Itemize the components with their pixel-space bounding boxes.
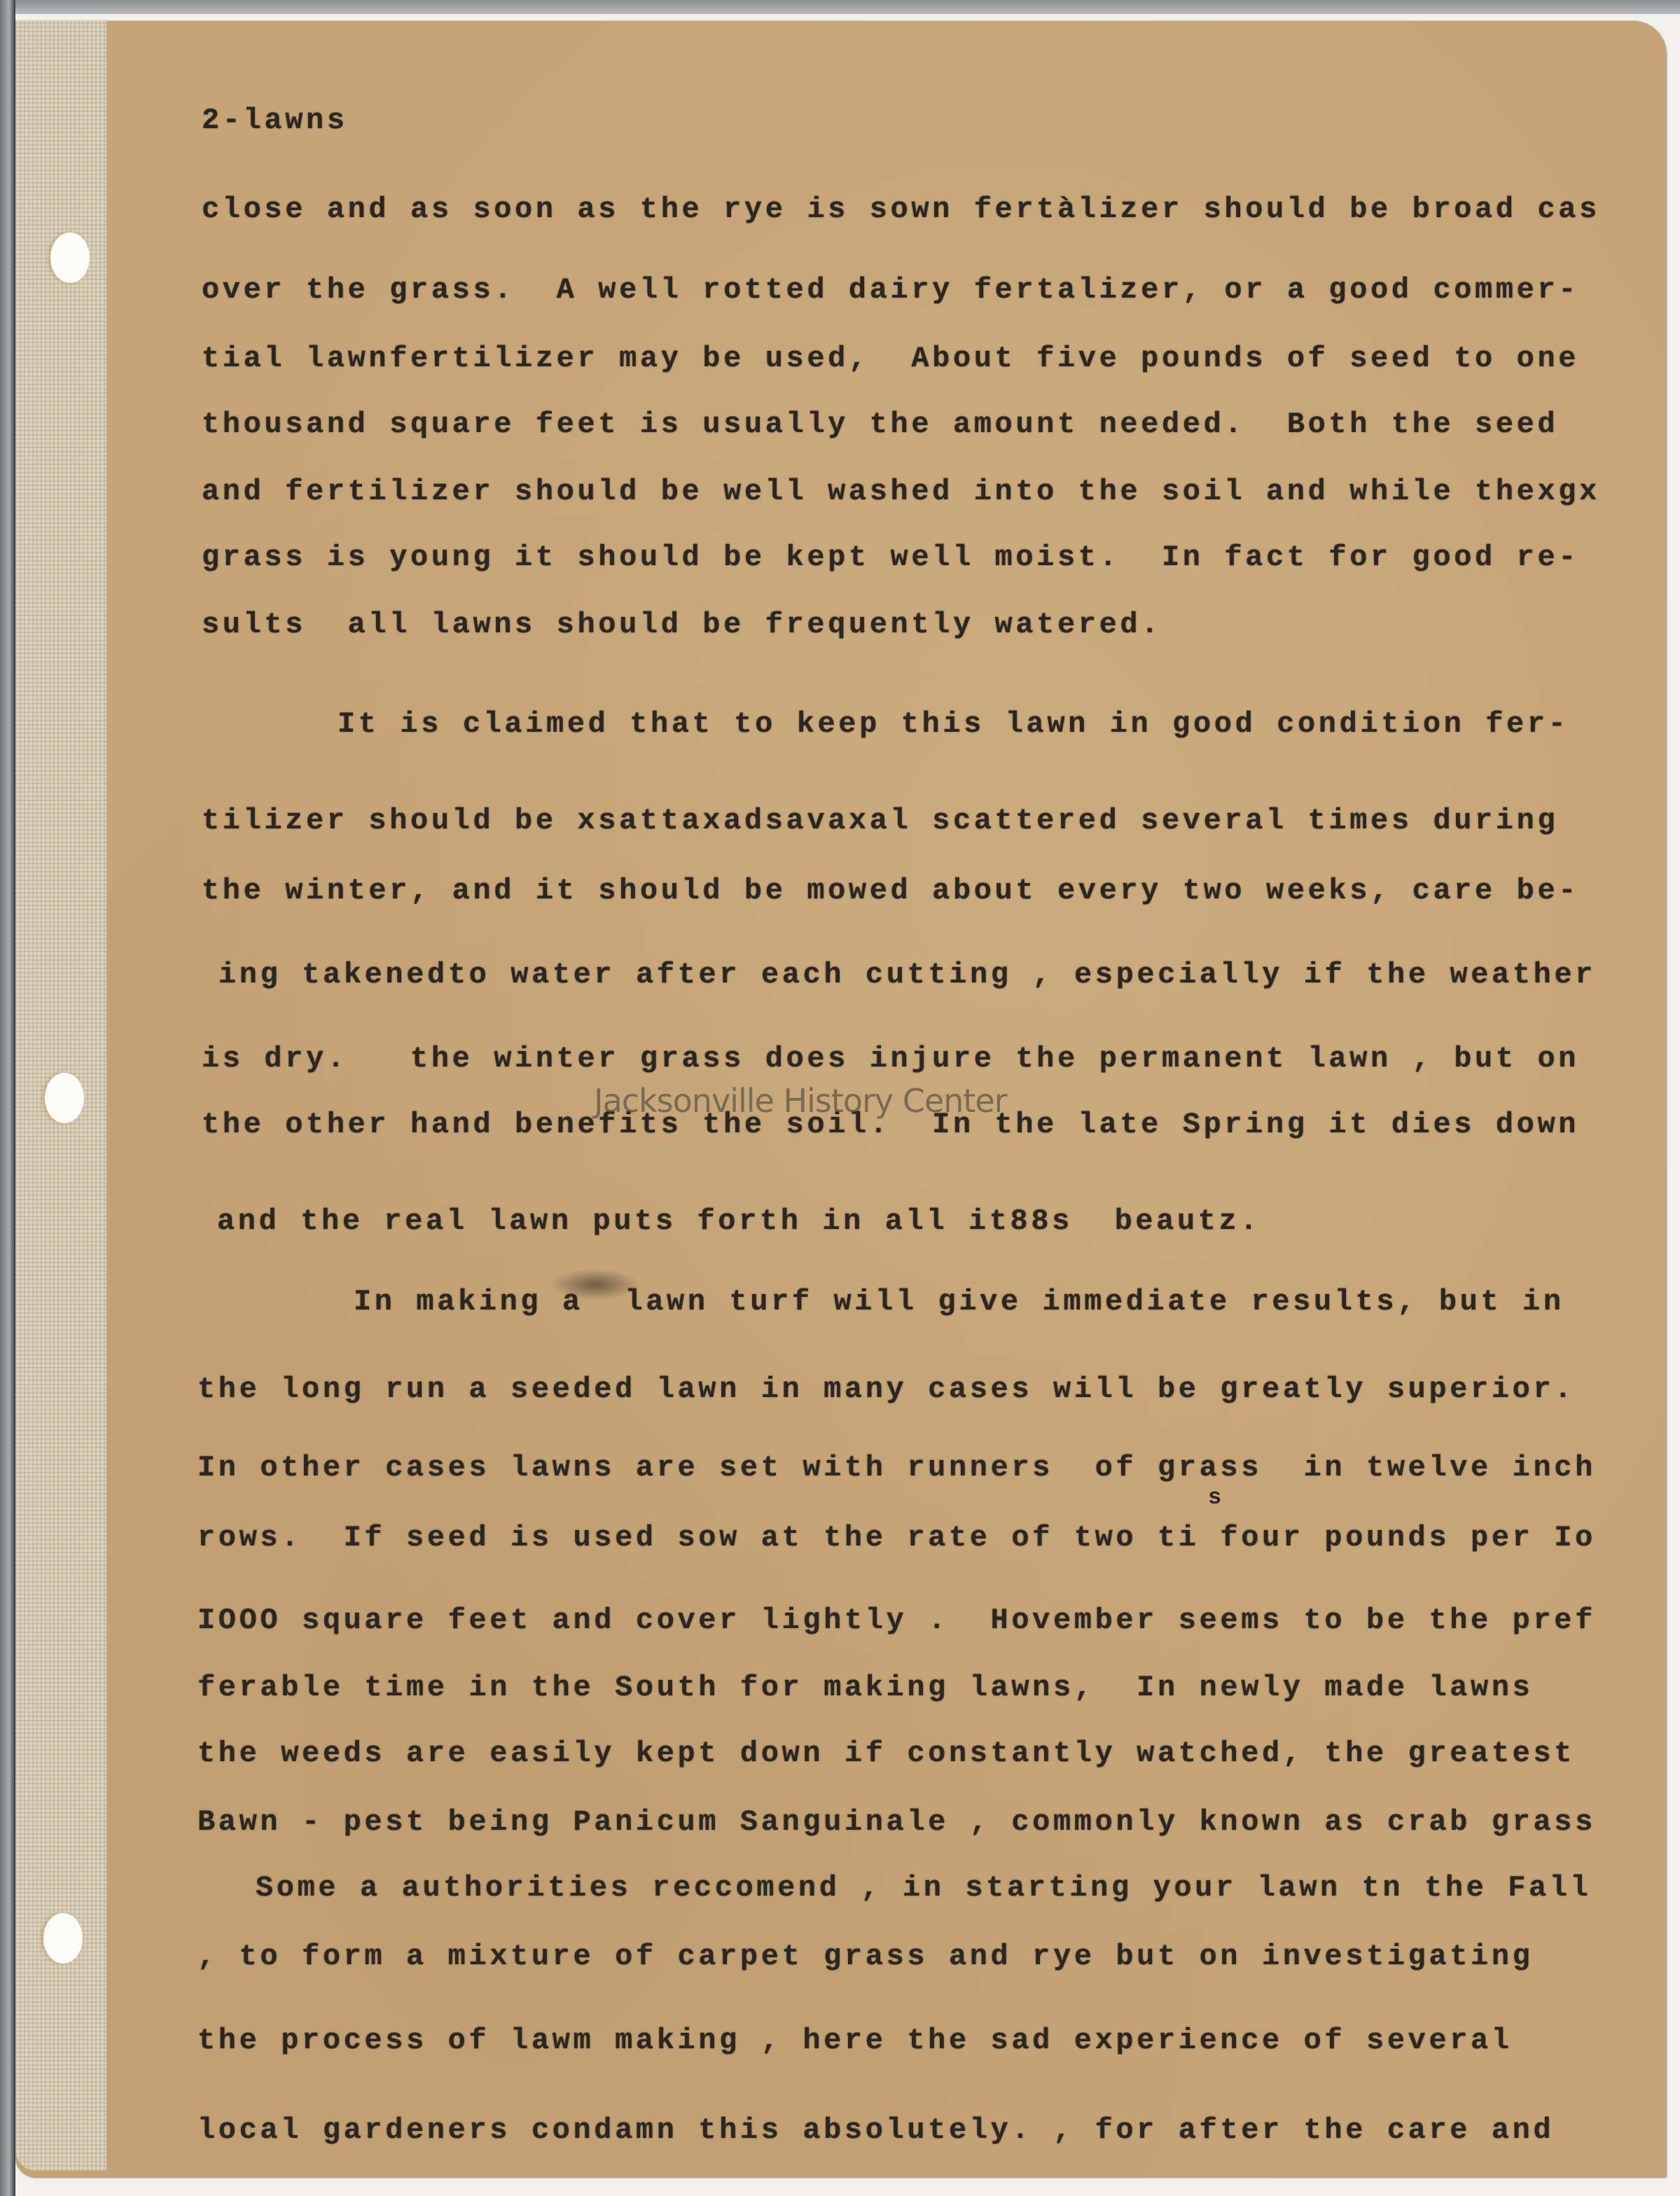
text-line: sults all lawns should be frequently wat… xyxy=(202,608,1162,641)
text-line: In other cases lawns are set with runner… xyxy=(197,1451,1596,1485)
text-line: tial lawnfertilizer may be used, About f… xyxy=(202,342,1579,375)
text-line: close and as soon as the rye is sown fer… xyxy=(202,193,1600,226)
punch-hole-middle xyxy=(45,1073,84,1123)
scanner-left-edge xyxy=(0,0,15,2196)
text-line: the long run a seeded lawn in many cases… xyxy=(197,1372,1575,1406)
text-line: tilizer should be xsattaxadsavaxal scatt… xyxy=(202,804,1558,838)
text-line: ferable time in the South for making law… xyxy=(197,1671,1533,1704)
text-line: rows. If seed is used sow at the rate of… xyxy=(197,1521,1596,1555)
text-line: Bawn - pest being Panicum Sanguinale , c… xyxy=(197,1805,1596,1839)
handwritten-insertion: s xyxy=(1208,1485,1221,1510)
text-line: thousand square feet is usually the amou… xyxy=(202,408,1558,441)
text-line: and the real lawn puts forth in all it88… xyxy=(217,1204,1261,1238)
text-line: over the grass. A well rotted dairy fert… xyxy=(202,273,1579,307)
text-line: the process of lawm making , here the sa… xyxy=(197,2024,1513,2057)
page-header: 2-lawns xyxy=(202,104,348,137)
text-line: ing takenedto water after each cutting ,… xyxy=(218,958,1596,992)
text-line: , to form a mixture of carpet grass and … xyxy=(197,1940,1533,1973)
text-line: IOOO square feet and cover lightly . Hov… xyxy=(197,1604,1596,1637)
ink-smudge xyxy=(550,1269,641,1300)
text-line: is dry. the winter grass does injure the… xyxy=(202,1042,1579,1076)
punch-hole-top xyxy=(50,232,90,283)
scanner-top-edge xyxy=(0,0,1680,14)
text-line: the weeds are easily kept down if consta… xyxy=(197,1737,1575,1770)
text-line: and fertilizer should be well washed int… xyxy=(202,475,1600,508)
watermark: Jacksonville History Center xyxy=(594,1082,1007,1120)
text-line: grass is young it should be kept well mo… xyxy=(202,541,1579,574)
text-line: the winter, and it should be mowed about… xyxy=(202,874,1579,908)
text-line: In making a lawn turf will give immediat… xyxy=(354,1285,1564,1319)
punch-hole-bottom xyxy=(43,1913,83,1964)
text-line: Some a authorities reccomend , in starti… xyxy=(256,1871,1591,1905)
text-line: local gardeners condamn this absolutely.… xyxy=(197,2113,1554,2147)
text-line: It is claimed that to keep this lawn in … xyxy=(338,707,1569,741)
